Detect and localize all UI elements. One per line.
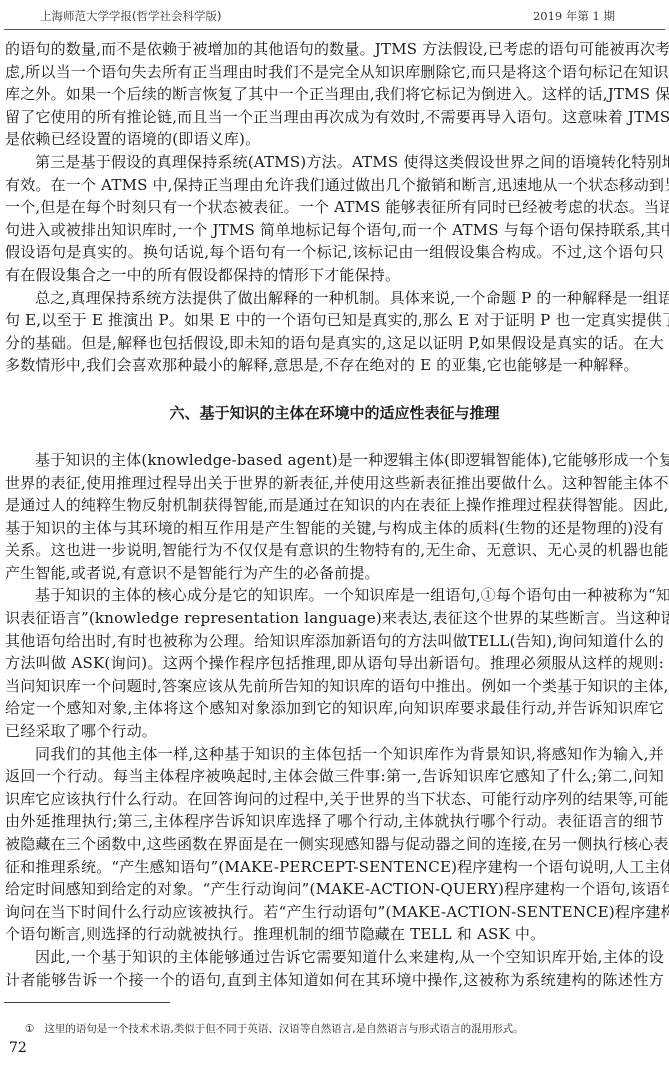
text-line: 有效。在一个 ATMS 中,保持正当理由允许我们通过做出几个撤销和断言,迅速地从… xyxy=(5,174,664,197)
paragraph: 同我们的其他主体一样,这种基于知识的主体包括一个知识库作为背景知识,将感知作为输… xyxy=(5,743,664,946)
text-line: 留了它使用的所有推论链,而且当一个正当理由再次成为有效时,不需要再导入语句。这意… xyxy=(5,106,664,129)
text-line: 基于知识的主体的核心成分是它的知识库。一个知识库是一组语句,①每个语句由一种被称… xyxy=(5,584,664,607)
text-line: 虑,所以当一个语句失去所有正当理由时我们不是完全从知识库删除它,而只是将这个语句… xyxy=(5,61,664,84)
issue-label: 2019 年第 1 期 xyxy=(533,8,615,24)
text-line: 的语句的数量,而不是依赖于被增加的其他语句的数量。JTMS 方法假设,已考虑的语… xyxy=(5,38,664,61)
text-line: 句 E,以至于 E 推演出 P。如果 E 中的一个语句已知是真实的,那么 E 对… xyxy=(5,309,664,332)
footnote-mark: ① xyxy=(25,1023,34,1035)
header-rule xyxy=(4,29,665,30)
paragraph: 第三是基于假设的真理保持系统(ATMS)方法。ATMS 使得这类假设世界之间的语… xyxy=(5,151,664,287)
text-line: 方法叫做 ASK(询问)。这两个操作程序包括推理,即从语句导出新语句。推理必须服… xyxy=(5,652,664,675)
text-line: 由外延推理执行;第三,主体程序告诉知识库选择了哪个行动,主体就执行哪个行动。表征… xyxy=(5,810,664,833)
section-heading: 六、基于知识的主体在环境中的适应性表征与推理 xyxy=(5,377,664,449)
text-line: 计者能够告诉一个接一个的语句,直到主体知道如何在其环境中操作,这被称为系统建构的… xyxy=(5,969,664,992)
text-line: 基于知识的主体与其环境的相互作用是产生智能的关键,与构成主体的质料(生物的还是物… xyxy=(5,517,664,540)
text-line: 识表征语言”(knowledge representation language… xyxy=(5,607,664,630)
footnote-text: 这里的语句是一个技术术语,类似于但不同于英语、汉语等自然语言,是自然语言与形式语… xyxy=(44,1023,523,1035)
text-line: 基于知识的主体(knowledge-based agent)是一种逻辑主体(即逻… xyxy=(5,449,664,472)
text-line: 同我们的其他主体一样,这种基于知识的主体包括一个知识库作为背景知识,将感知作为输… xyxy=(5,743,664,766)
body-text: 的语句的数量,而不是依赖于被增加的其他语句的数量。JTMS 方法假设,已考虑的语… xyxy=(5,38,664,991)
paragraph: 总之,真理保持系统方法提供了做出解释的一种机制。具体来说,一个命题 P 的一种解… xyxy=(5,287,664,377)
paragraph: 的语句的数量,而不是依赖于被增加的其他语句的数量。JTMS 方法假设,已考虑的语… xyxy=(5,38,664,151)
footnote-rule xyxy=(4,1002,170,1003)
text-line: 总之,真理保持系统方法提供了做出解释的一种机制。具体来说,一个命题 P 的一种解… xyxy=(5,287,664,310)
paragraph: 基于知识的主体(knowledge-based agent)是一种逻辑主体(即逻… xyxy=(5,449,664,585)
page-number: 72 xyxy=(9,1040,27,1056)
text-line: 个语句断言,则选择的行动就被执行。推理机制的细节隐藏在 TELL 和 ASK 中… xyxy=(5,923,664,946)
text-line: 识库它应该执行什么行动。在回答询问的过程中,关于世界的当下状态、可能行动序列的结… xyxy=(5,788,664,811)
text-line: 句进入或被排出知识库时,一个 JTMS 简单地标记每个语句,而一个 ATMS 与… xyxy=(5,219,664,242)
text-line: 给定时间感知到给定的对象。“产生行动询问”(MAKE-ACTION-QUERY)… xyxy=(5,878,664,901)
text-line: 询问在当下时间什么行动应该被执行。若“产生行动语句”(MAKE-ACTION-S… xyxy=(5,901,664,924)
text-line: 关系。这也进一步说明,智能行为不仅仅是有意识的生物特有的,无生命、无意识、无心灵… xyxy=(5,539,664,562)
text-line: 已经采取了哪个行动。 xyxy=(5,720,664,743)
text-line: 当问知识库一个问题时,答案应该从先前所告知的知识库的语句中推出。例如一个类基于知… xyxy=(5,675,664,698)
text-line: 库之外。如果一个后续的断言恢复了其中一个正当理由,我们将它标记为倒进入。这样的话… xyxy=(5,83,664,106)
text-line: 产生智能,或者说,有意识不是智能行为产生的必备前提。 xyxy=(5,562,664,585)
text-line: 是依赖已经设置的语境的(即语义库)。 xyxy=(5,128,664,151)
text-line: 给定一个感知对象,主体将这个感知对象添加到它的知识库,向知识库要求最佳行动,并告… xyxy=(5,697,664,720)
text-line: 被隐藏在三个函数中,这些函数在界面是在一侧实现感知器与促动器之间的连接,在另一侧… xyxy=(5,833,664,856)
text-line: 返回一个行动。每当主体程序被唤起时,主体会做三件事:第一,告诉知识库它感知了什么… xyxy=(5,765,664,788)
text-line: 其他语句给出时,有时也被称为公理。给知识库添加新语句的方法叫做TELL(告知),… xyxy=(5,630,664,653)
text-line: 分的基础。但是,解释也包括假设,即未知的语句是真实的,这足以证明 P,如果假设是… xyxy=(5,332,664,355)
text-line: 是通过人的纯粹生物反射机制获得智能,而是通过在知识的内在表征上操作推理过程获得智… xyxy=(5,494,664,517)
paragraph: 基于知识的主体的核心成分是它的知识库。一个知识库是一组语句,①每个语句由一种被称… xyxy=(5,584,664,742)
running-header: 上海师范大学学报(哲学社会科学版) 2019 年第 1 期 xyxy=(0,0,669,30)
text-line: 第三是基于假设的真理保持系统(ATMS)方法。ATMS 使得这类假设世界之间的语… xyxy=(5,151,664,174)
text-line: 有在假设集合之一中的所有假设都保持的情形下才能保持。 xyxy=(5,264,664,287)
text-line: 因此,一个基于知识的主体能够通过告诉它需要知道什么来建构,从一个空知识库开始,主… xyxy=(5,946,664,969)
paragraph: 因此,一个基于知识的主体能够通过告诉它需要知道什么来建构,从一个空知识库开始,主… xyxy=(5,946,664,991)
text-line: 世界的表征,使用推理过程导出关于世界的新表征,并使用这些新表征推出要做什么。这种… xyxy=(5,472,664,495)
text-line: 多数情形中,我们会喜欢那种最小的解释,意思是,不存在绝对的 E 的亚集,它也能够… xyxy=(5,354,664,377)
text-line: 假设语句是真实的。换句话说,每个语句有一个标记,该标记由一组假设集合构成。不过,… xyxy=(5,241,664,264)
text-line: 一个,但是在每个时刻只有一个状态被表征。一个 ATMS 能够表征所有同时已经被考… xyxy=(5,196,664,219)
journal-title: 上海师范大学学报(哲学社会科学版) xyxy=(40,8,221,24)
text-line: 征和推理系统。“产生感知语句”(MAKE-PERCEPT-SENTENCE)程序… xyxy=(5,856,664,879)
footnote: ①这里的语句是一个技术术语,类似于但不同于英语、汉语等自然语言,是自然语言与形式… xyxy=(25,1021,524,1036)
